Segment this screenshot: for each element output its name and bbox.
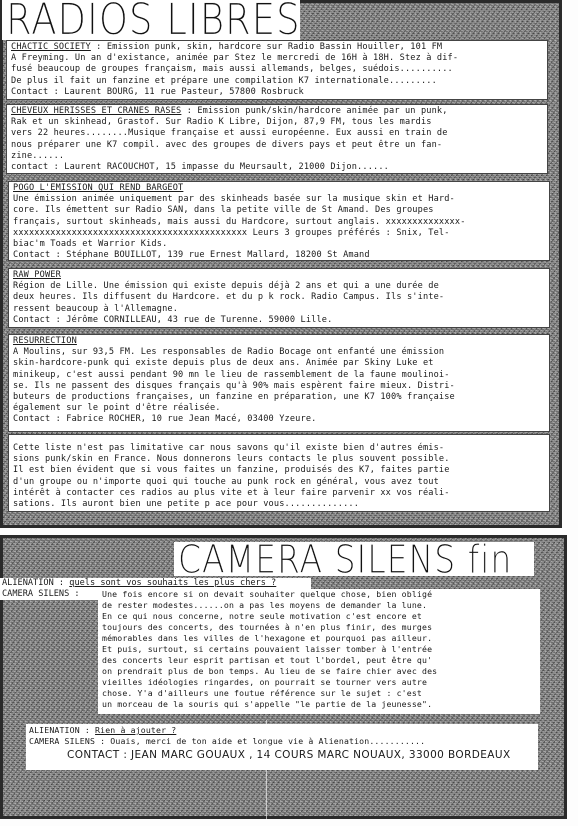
radios-libres-title-text: RADIOS LIBRES [6,0,300,40]
camera-silens-title-text: CAMERA SILENS fin [178,542,512,576]
question-text: quels sont vos souhaits les plus chers ? [69,578,276,588]
radios-libres-title: RADIOS LIBRES [2,0,300,40]
answer-1-text: Une fois encore si on devait souhaiter q… [98,589,540,714]
entry-heading: CHEVEUX HERISSES ET CRANES RASES [11,106,181,116]
band-contact: CONTACT : JEAN MARC GOUAUX , 14 COURS MA… [29,750,534,761]
speaker-camera-silens: CAMERA SILENS : [29,736,105,746]
closing-note: Cette liste n'est pas limitative car nou… [8,434,550,512]
interview-question-1: ALIENATION : quels sont vos souhaits les… [0,578,311,589]
entry-heading: POGO L'EMISSION QUI REND BARGEOT [13,183,545,194]
speaker-alienation: ALIENATION : [2,578,64,588]
entry-cheveux-herisses: CHEVEUX HERISSES ET CRANES RASES : Emiss… [6,104,548,174]
entry-raw-power: RAW POWER Région de Lille. Une émission … [8,268,550,328]
camera-silens-title: CAMERA SILENS fin [174,542,534,576]
entry-chaotic-society: CHACTIC SOCIETY : Emission punk, skin, h… [6,40,548,100]
entry-heading: RAW POWER [13,270,545,281]
scan-fold-line [266,720,267,820]
entry-heading: CHACTIC SOCIETY [11,42,91,52]
answer-1-speaker: CAMERA SILENS : [0,589,105,600]
speaker-alienation: ALIENATION : [29,725,90,735]
entry-heading: RESURRECTION [13,336,545,347]
entry-resurrection: RESURRECTION A Moulins, sur 93,5 FM. Les… [8,334,550,432]
answer-text: Ouais, merci de ton aide et longue vie à… [110,736,425,746]
speaker-camera-silens: CAMERA SILENS : [2,589,80,599]
entry-pogo: POGO L'EMISSION QUI REND BARGEOT Une émi… [8,181,550,261]
final-exchange: ALIENATION : Rien à ajouter ? CAMERA SIL… [26,724,538,770]
question-text: Rien à ajouter ? [95,725,176,735]
